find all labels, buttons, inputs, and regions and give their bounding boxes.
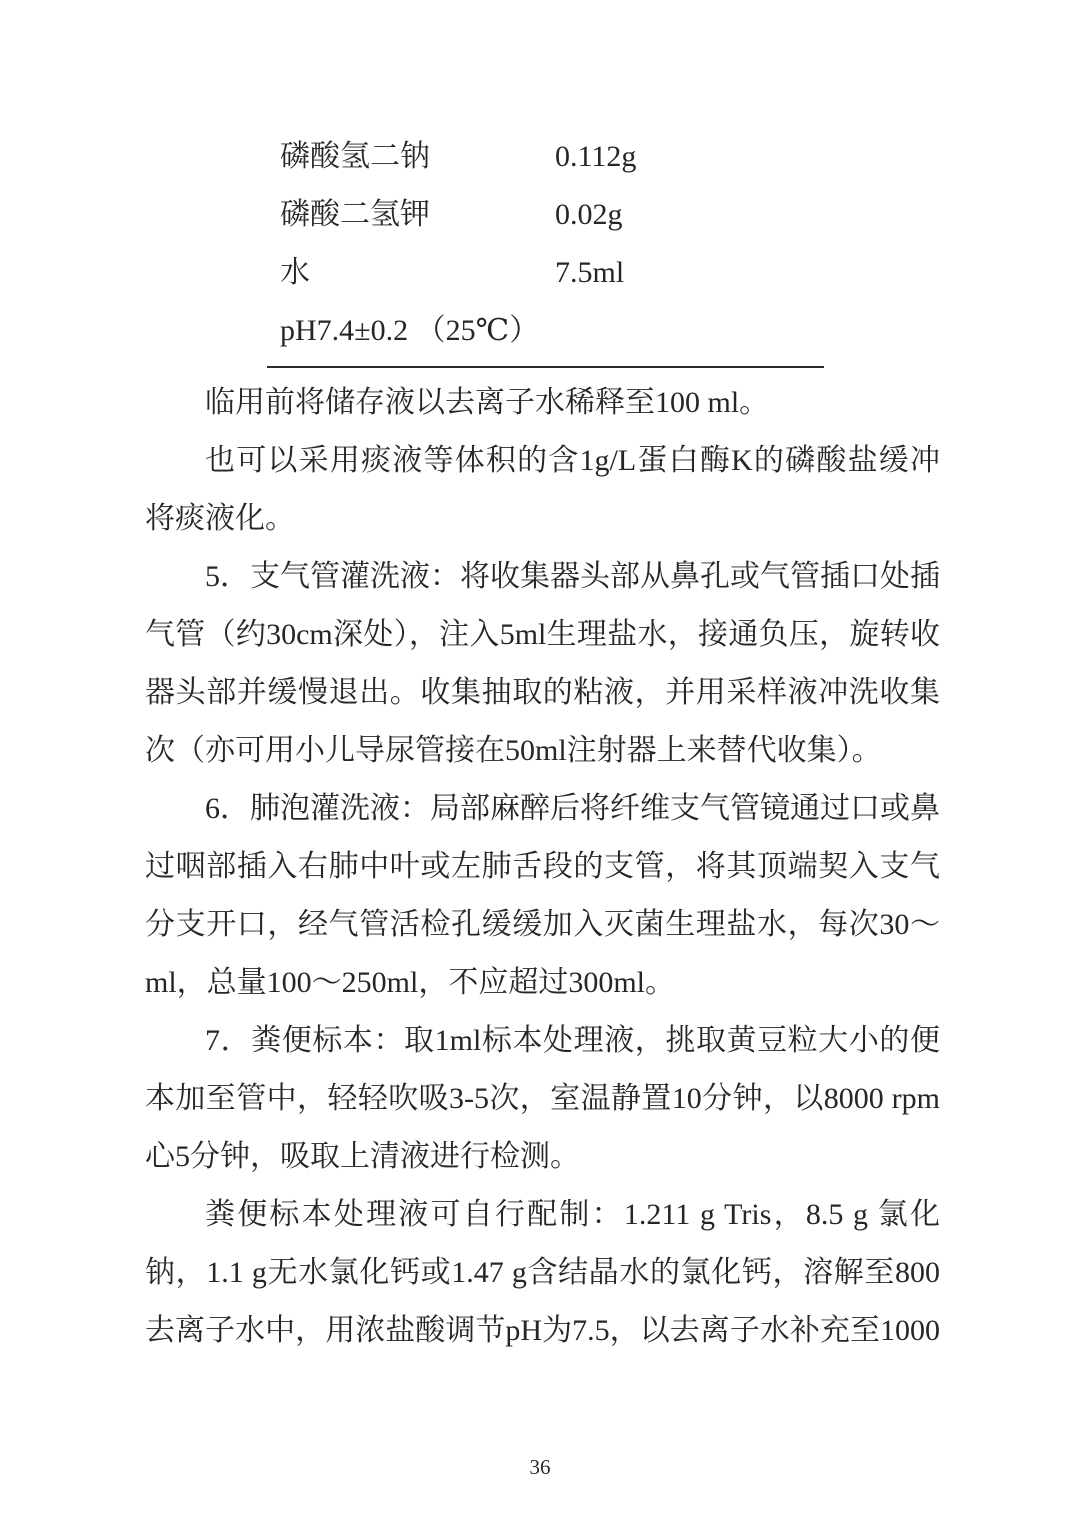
- reagent-amount: 0.02g: [555, 186, 623, 244]
- text-line: ml，总量100～250ml，不应超过300ml。: [145, 954, 940, 1012]
- page-number: 36: [0, 1452, 1080, 1482]
- paragraph-item6-alveolar-lavage: 6．肺泡灌洗液：局部麻醉后将纤维支气管镜通过口或鼻经过咽部插入右肺中叶或左肺舌段…: [145, 780, 940, 1012]
- reagent-amount: 7.5ml: [555, 244, 624, 302]
- table-underline: [267, 366, 824, 368]
- text-line: 本加至管中，轻轻吹吸3-5次，室温静置10分钟，以8000 rpm离: [145, 1070, 940, 1128]
- text-line: 心5分钟，吸取上清液进行检测。: [145, 1128, 940, 1186]
- text-line: 分支开口，经气管活检孔缓缓加入灭菌生理盐水，每次30～50: [145, 896, 940, 954]
- paragraph-item5-bronchial-wash: 5．支气管灌洗液：将收集器头部从鼻孔或气管插口处插入气管（约30cm深处），注入…: [145, 548, 940, 780]
- text-line: 将痰液化。: [145, 490, 940, 548]
- text-line: 过咽部插入右肺中叶或左肺舌段的支管，将其顶端契入支气管: [145, 838, 940, 896]
- reagent-name: 水: [280, 244, 555, 302]
- ph-note: pH7.4±0.2 （25℃）: [280, 302, 940, 360]
- table-row: 磷酸二氢钾0.02g: [280, 186, 940, 244]
- text-line: 7．粪便标本：取1ml标本处理液，挑取黄豆粒大小的便标: [145, 1012, 940, 1070]
- paragraph-sputum-alternative: 也可以采用痰液等体积的含1g/L蛋白酶K的磷酸盐缓冲液将痰液化。: [145, 432, 940, 548]
- text-line: 6．肺泡灌洗液：局部麻醉后将纤维支气管镜通过口或鼻经: [145, 780, 940, 838]
- reagent-name: 磷酸二氢钾: [280, 186, 555, 244]
- table-row: 磷酸氢二钠0.112g: [280, 128, 940, 186]
- text-line: 器头部并缓慢退出。收集抽取的粘液，并用采样液冲洗收集器1: [145, 664, 940, 722]
- text-line: 钠，1.1 g无水氯化钙或1.47 g含结晶水的氯化钙，溶解至800 ml: [145, 1244, 940, 1302]
- text-line: 气管（约30cm深处），注入5ml生理盐水，接通负压，旋转收集: [145, 606, 940, 664]
- paragraph-stool-buffer-recipe: 粪便标本处理液可自行配制：1.211 g Tris，8.5 g 氯化钠，1.1 …: [145, 1186, 940, 1360]
- paragraph-dilution-note: 临用前将储存液以去离子水稀释至100 ml。: [145, 374, 940, 432]
- body-paragraphs: 临用前将储存液以去离子水稀释至100 ml。也可以采用痰液等体积的含1g/L蛋白…: [145, 374, 940, 1360]
- document-page: 磷酸氢二钠0.112g磷酸二氢钾0.02g水7.5ml pH7.4±0.2 （2…: [0, 0, 1080, 1527]
- text-line: 也可以采用痰液等体积的含1g/L蛋白酶K的磷酸盐缓冲液: [145, 432, 940, 490]
- text-line: 粪便标本处理液可自行配制：1.211 g Tris，8.5 g 氯化: [145, 1186, 940, 1244]
- text-line: 去离子水中，用浓盐酸调节pH为7.5，以去离子水补充至1000 ml。: [145, 1302, 940, 1360]
- text-line: 次（亦可用小儿导尿管接在50ml注射器上来替代收集）。: [145, 722, 940, 780]
- table-row: 水7.5ml: [280, 244, 940, 302]
- composition-table: 磷酸氢二钠0.112g磷酸二氢钾0.02g水7.5ml: [145, 128, 940, 302]
- reagent-amount: 0.112g: [555, 128, 636, 186]
- page-content: 磷酸氢二钠0.112g磷酸二氢钾0.02g水7.5ml pH7.4±0.2 （2…: [145, 128, 940, 1360]
- paragraph-item7-stool-sample: 7．粪便标本：取1ml标本处理液，挑取黄豆粒大小的便标本加至管中，轻轻吹吸3-5…: [145, 1012, 940, 1186]
- text-line: 5．支气管灌洗液：将收集器头部从鼻孔或气管插口处插入: [145, 548, 940, 606]
- text-line: 临用前将储存液以去离子水稀释至100 ml。: [145, 374, 940, 432]
- reagent-name: 磷酸氢二钠: [280, 128, 555, 186]
